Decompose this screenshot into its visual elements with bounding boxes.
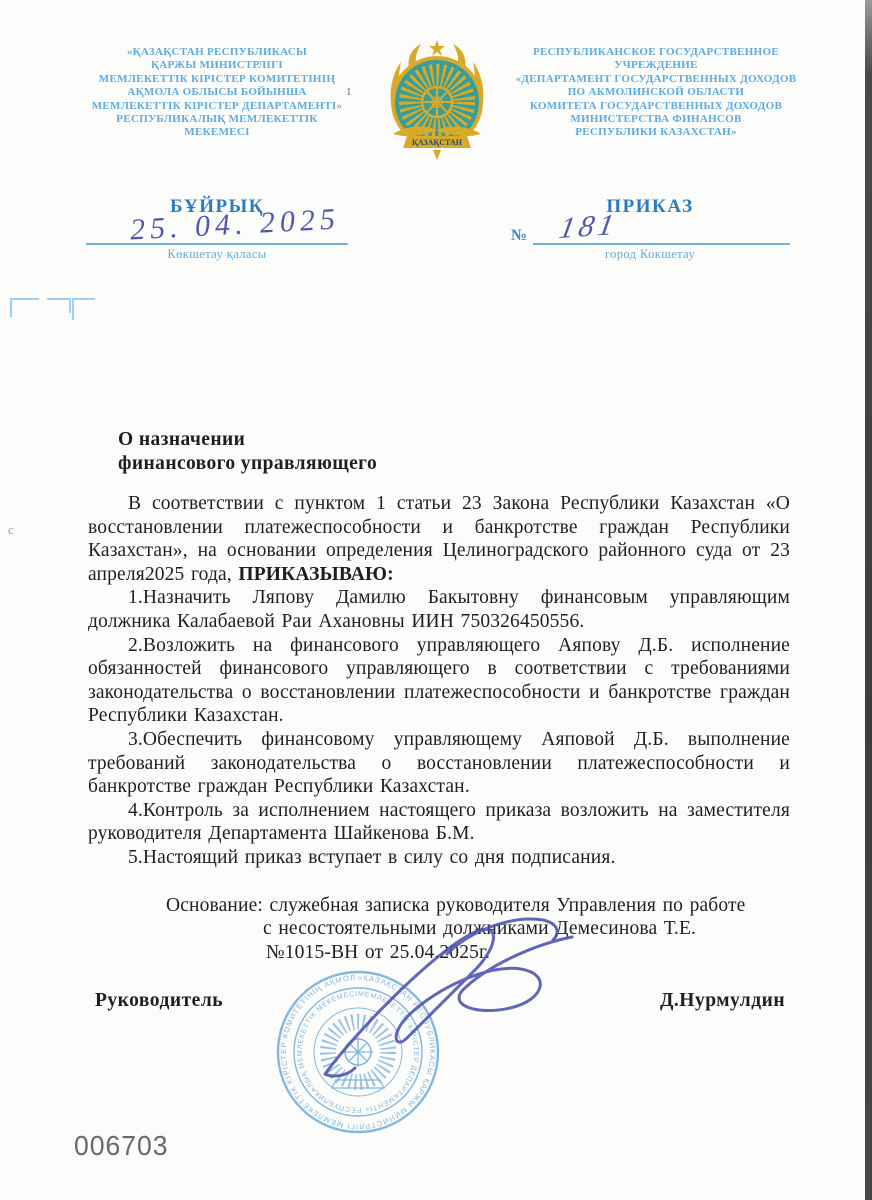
org-name-ru-line: МИНИСТЕРСТВА ФИНАНСОВ	[506, 113, 806, 126]
intro-paragraph: В соответствии с пунктом 1 статьи 23 Зак…	[88, 492, 790, 586]
scan-edge-shadow	[865, 0, 872, 1200]
org-name-ru-line: ПО АКМОЛИНСКОЙ ОБЛАСТИ	[506, 86, 806, 99]
scan-artifact: c	[8, 522, 14, 538]
subject-line: финансового управляющего	[118, 452, 377, 476]
order-item: 5.Настоящий приказ вступает в силу со дн…	[88, 846, 790, 870]
org-name-russian: РЕСПУБЛИКАНСКОЕ ГОСУДАРСТВЕННОЕ УЧРЕЖДЕН…	[506, 46, 806, 140]
registration-mark	[10, 298, 39, 317]
kazakhstan-coat-of-arms-icon: ҚАЗАҚСТАН	[383, 38, 491, 164]
order-item: 1.Назначить Ляпову Дамилю Бакытовну фина…	[88, 586, 790, 633]
org-name-ru-line: «ДЕПАРТАМЕНТ ГОСУДАРСТВЕННЫХ ДОХОДОВ	[506, 73, 806, 86]
order-item: 2.Возложить на финансового управляющего …	[88, 634, 790, 728]
form-serial-number: 006703	[74, 1130, 168, 1162]
signature-name: Д.Нурмулдин	[660, 990, 785, 1012]
org-name-kk-line: «ҚАЗАҚСТАН РЕСПУБЛИКАСЫ	[68, 46, 366, 59]
registration-mark	[47, 298, 71, 313]
city-label-russian: город Кокшетау	[520, 247, 780, 262]
org-name-kazakh: «ҚАЗАҚСТАН РЕСПУБЛИКАСЫ ҚАРЖЫ МИНИСТРЛІГ…	[68, 46, 366, 140]
order-item: 4.Контроль за исполнением настоящего при…	[88, 799, 790, 846]
org-name-ru-line: КОМИТЕТА ГОСУДАРСТВЕННЫХ ДОХОДОВ	[506, 100, 806, 113]
signature-position-title: Руководитель	[95, 990, 223, 1012]
org-name-kk-line: МЕМЛЕКЕТТІК КІРІСТЕР ДЕПАРТАМЕНТІ»	[68, 100, 366, 113]
order-subject: О назначении финансового управляющего	[118, 428, 377, 476]
org-name-ru-line: РЕСПУБЛИКАНСКОЕ ГОСУДАРСТВЕННОЕ	[506, 46, 806, 59]
order-heading-russian: ПРИКАЗ	[520, 196, 780, 218]
date-underline	[86, 243, 348, 245]
org-name-kk-line: МЕКЕМЕСІ	[68, 126, 366, 139]
emblem-banner-text: ҚАЗАҚСТАН	[412, 138, 463, 147]
number-underline	[533, 243, 790, 245]
handwritten-signature-icon	[295, 908, 585, 1093]
org-name-kk-line: ҚАРЖЫ МИНИСТРЛІГІ	[68, 59, 366, 72]
number-sign: №	[511, 227, 527, 245]
registration-mark	[72, 298, 95, 320]
org-name-ru-line: РЕСПУБЛИКИ КАЗАХСТАН»	[506, 126, 806, 139]
order-body: В соответствии с пунктом 1 статьи 23 Зак…	[88, 492, 790, 964]
subject-line: О назначении	[118, 428, 377, 452]
org-name-kk-line: МЕМЛЕКЕТТІК КІРІСТЕР КОМИТЕТІНІҢ	[68, 73, 366, 86]
org-name-kk-line: РЕСПУБЛИКАЛЫҚ МЕМЛЕКЕТТІК	[68, 113, 366, 126]
city-label-kazakh: Көкшетау қаласы	[68, 247, 366, 262]
handwritten-order-number: 181	[557, 208, 621, 246]
org-name-ru-line: УЧРЕЖДЕНИЕ	[506, 59, 806, 72]
org-name-kk-line: АҚМОЛА ОБЛЫСЫ БОЙЫНША	[68, 86, 366, 99]
order-item: 3.Обеспечить финансовому управляющему Ая…	[88, 728, 790, 799]
scan-artifact: 1	[346, 86, 352, 98]
intro-text: В соответствии с пунктом 1 статьи 23 Зак…	[88, 493, 790, 585]
order-verb: ПРИКАЗЫВАЮ:	[238, 564, 393, 585]
scanned-order-document: «ҚАЗАҚСТАН РЕСПУБЛИКАСЫ ҚАРЖЫ МИНИСТРЛІГ…	[0, 0, 872, 1200]
